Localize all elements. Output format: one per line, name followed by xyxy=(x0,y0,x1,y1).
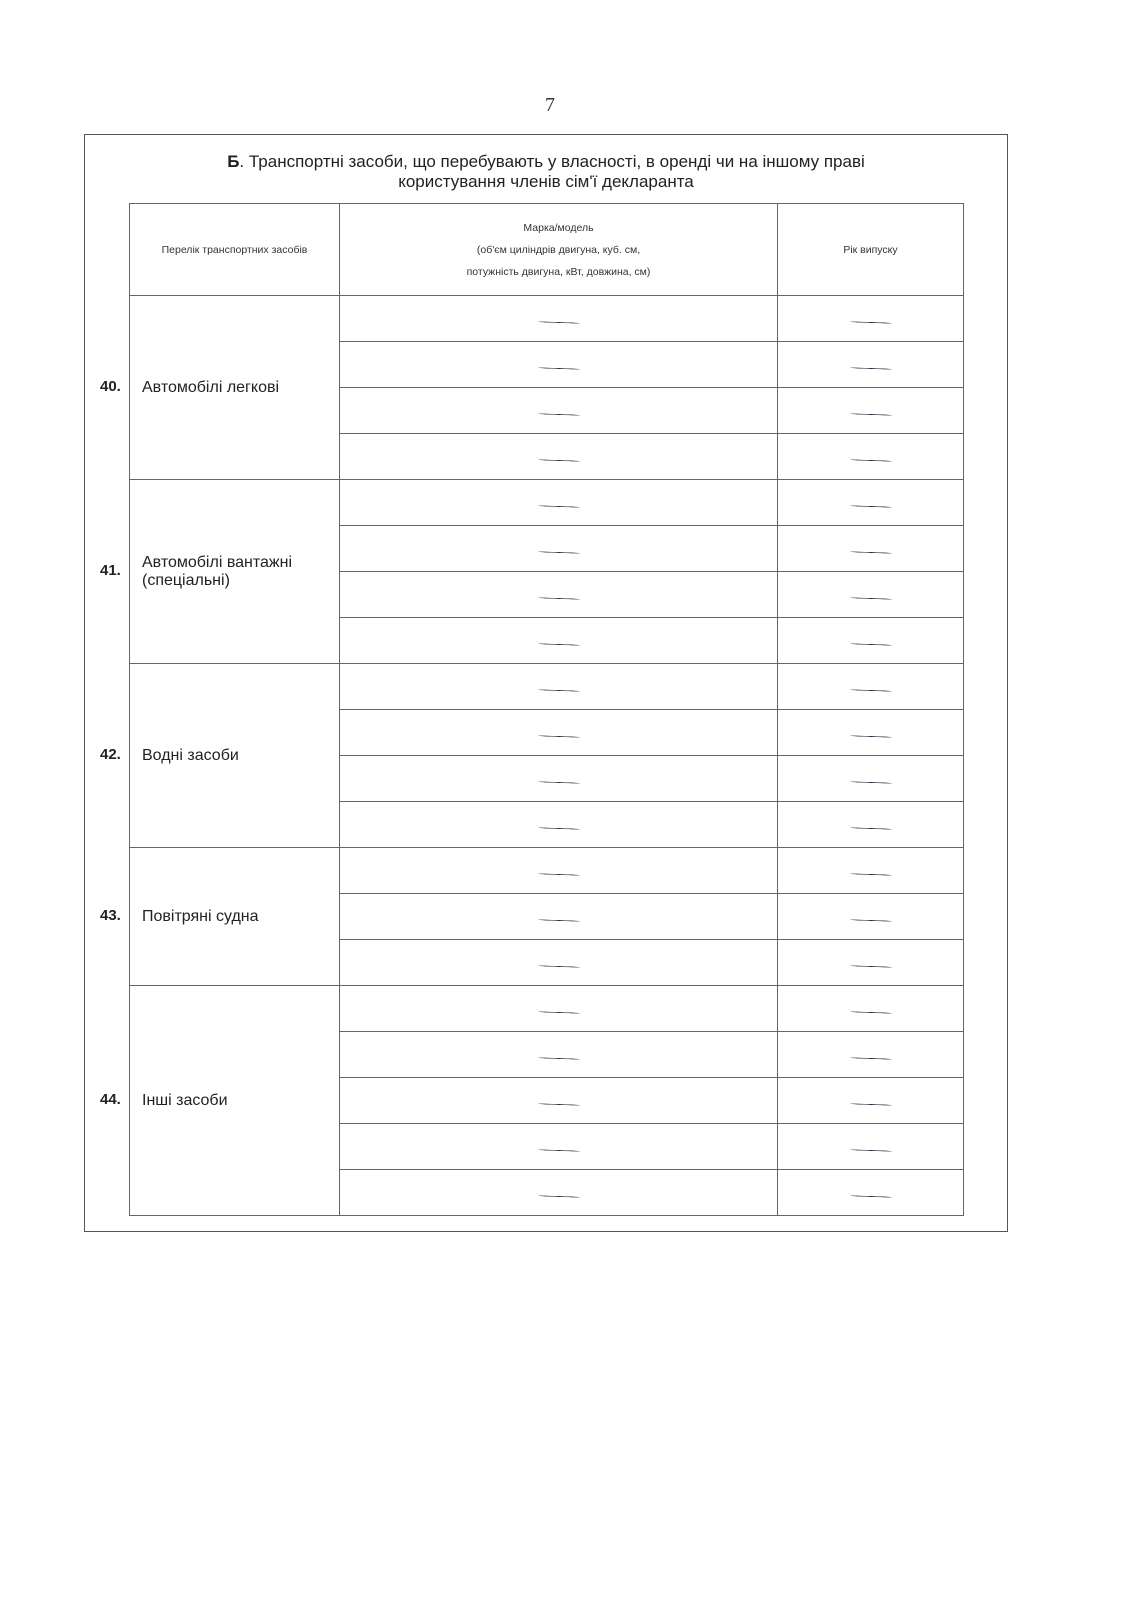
handwritten-dash xyxy=(537,735,579,737)
row-number: 41. xyxy=(100,562,121,579)
make-model-cell xyxy=(340,986,778,1032)
make-model-cell xyxy=(340,664,778,710)
year-cell xyxy=(778,986,964,1032)
handwritten-dash xyxy=(849,321,891,323)
vehicle-category: Водні засоби xyxy=(130,664,340,848)
year-cell xyxy=(778,664,964,710)
handwritten-dash xyxy=(537,965,579,967)
handwritten-dash xyxy=(537,505,579,507)
handwritten-dash xyxy=(849,643,891,645)
make-model-cell xyxy=(340,894,778,940)
make-model-cell xyxy=(340,388,778,434)
make-model-cell xyxy=(340,1170,778,1216)
year-cell xyxy=(778,1124,964,1170)
year-cell xyxy=(778,618,964,664)
handwritten-dash xyxy=(849,965,891,967)
vehicle-category: Інші засоби xyxy=(130,986,340,1216)
make-model-cell xyxy=(340,940,778,986)
handwritten-dash xyxy=(537,1149,579,1151)
handwritten-dash xyxy=(849,1057,891,1059)
handwritten-dash xyxy=(849,551,891,553)
year-cell xyxy=(778,526,964,572)
table-row: Автомобілі вантажні (спеціальні) xyxy=(130,480,964,526)
handwritten-dash xyxy=(849,1103,891,1105)
handwritten-dash xyxy=(849,459,891,461)
table-header-row: Перелік транспортних засобів Марка/модел… xyxy=(130,204,964,296)
make-model-cell xyxy=(340,572,778,618)
handwritten-dash xyxy=(849,1149,891,1151)
table-row: Автомобілі легкові xyxy=(130,296,964,342)
handwritten-dash xyxy=(849,367,891,369)
header-year: Рік випуску xyxy=(778,204,964,296)
table-row: Повітряні судна xyxy=(130,848,964,894)
year-cell xyxy=(778,848,964,894)
handwritten-dash xyxy=(849,827,891,829)
handwritten-dash xyxy=(849,919,891,921)
handwritten-dash xyxy=(537,1195,579,1197)
year-cell xyxy=(778,756,964,802)
section-letter: Б xyxy=(227,152,239,171)
make-model-cell xyxy=(340,526,778,572)
year-cell xyxy=(778,342,964,388)
handwritten-dash xyxy=(537,643,579,645)
table-row: Інші засоби xyxy=(130,986,964,1032)
handwritten-dash xyxy=(537,413,579,415)
header-make-model: Марка/модель (об'єм циліндрів двигуна, к… xyxy=(340,204,778,296)
year-cell xyxy=(778,480,964,526)
header-make-model-line2: (об'єм циліндрів двигуна, куб. см, xyxy=(477,244,640,256)
handwritten-dash xyxy=(849,1011,891,1013)
vehicle-category: Повітряні судна xyxy=(130,848,340,986)
make-model-cell xyxy=(340,710,778,756)
handwritten-dash xyxy=(537,873,579,875)
handwritten-dash xyxy=(849,735,891,737)
handwritten-dash xyxy=(537,367,579,369)
section-title: Б. Транспортні засоби, що перебувають у … xyxy=(84,152,1008,192)
handwritten-dash xyxy=(849,1195,891,1197)
handwritten-dash xyxy=(849,413,891,415)
section-title-line1: . Транспортні засоби, що перебувають у в… xyxy=(239,152,864,171)
year-cell xyxy=(778,1032,964,1078)
year-cell xyxy=(778,434,964,480)
handwritten-dash xyxy=(537,689,579,691)
handwritten-dash xyxy=(537,919,579,921)
handwritten-dash xyxy=(849,505,891,507)
year-cell xyxy=(778,296,964,342)
handwritten-dash xyxy=(537,1103,579,1105)
header-make-model-line3: потужність двигуна, кВт, довжина, см) xyxy=(467,266,651,278)
make-model-cell xyxy=(340,296,778,342)
handwritten-dash xyxy=(537,321,579,323)
handwritten-dash xyxy=(537,597,579,599)
row-number: 44. xyxy=(100,1091,121,1108)
handwritten-dash xyxy=(537,827,579,829)
make-model-cell xyxy=(340,618,778,664)
year-cell xyxy=(778,572,964,618)
handwritten-dash xyxy=(849,781,891,783)
vehicle-category: Автомобілі вантажні (спеціальні) xyxy=(130,480,340,664)
handwritten-dash xyxy=(849,873,891,875)
row-number: 43. xyxy=(100,907,121,924)
make-model-cell xyxy=(340,848,778,894)
handwritten-dash xyxy=(849,597,891,599)
year-cell xyxy=(778,940,964,986)
row-number: 42. xyxy=(100,746,121,763)
page-number: 7 xyxy=(0,94,1100,117)
make-model-cell xyxy=(340,480,778,526)
handwritten-dash xyxy=(537,551,579,553)
make-model-cell xyxy=(340,434,778,480)
year-cell xyxy=(778,1170,964,1216)
table-row: Водні засоби xyxy=(130,664,964,710)
handwritten-dash xyxy=(537,1057,579,1059)
vehicle-category: Автомобілі легкові xyxy=(130,296,340,480)
year-cell xyxy=(778,802,964,848)
make-model-cell xyxy=(340,1078,778,1124)
year-cell xyxy=(778,388,964,434)
year-cell xyxy=(778,1078,964,1124)
handwritten-dash xyxy=(537,459,579,461)
section-title-line2: користування членів сім'ї декларанта xyxy=(398,172,694,191)
make-model-cell xyxy=(340,1032,778,1078)
row-number: 40. xyxy=(100,378,121,395)
handwritten-dash xyxy=(537,1011,579,1013)
header-make-model-line1: Марка/модель xyxy=(523,222,593,234)
vehicles-table: Перелік транспортних засобів Марка/модел… xyxy=(129,203,964,1216)
year-cell xyxy=(778,894,964,940)
year-cell xyxy=(778,710,964,756)
make-model-cell xyxy=(340,1124,778,1170)
make-model-cell xyxy=(340,342,778,388)
handwritten-dash xyxy=(849,689,891,691)
header-vehicle-list: Перелік транспортних засобів xyxy=(130,204,340,296)
make-model-cell xyxy=(340,756,778,802)
make-model-cell xyxy=(340,802,778,848)
handwritten-dash xyxy=(537,781,579,783)
